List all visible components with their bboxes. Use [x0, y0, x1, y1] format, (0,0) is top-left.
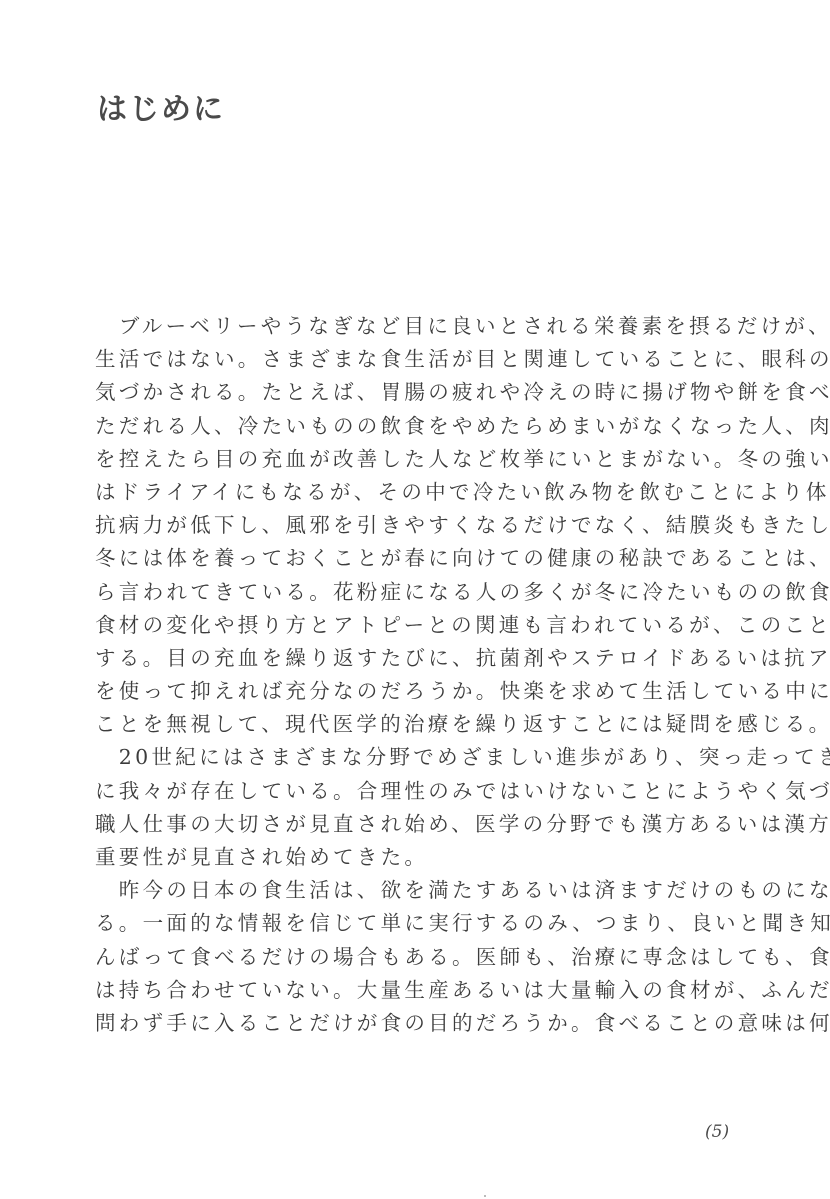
text-line: 生活ではない。さまざまな食生活が目と関連していることに、眼科の日常診療で: [95, 343, 755, 376]
page-title: はじめに: [97, 84, 225, 128]
text-line: は持ち合わせていない。大量生産あるいは大量輸入の食材が、ふんだんに季節を: [95, 974, 755, 1007]
text-line: 職人仕事の大切さが見直され始め、医学の分野でも漢方あるいは漢方的考え方の: [95, 808, 755, 841]
text-line: に我々が存在している。合理性のみではいけないことにようやく気づき始めて、: [95, 775, 755, 808]
text-line: を控えたら目の充血が改善した人など枚挙にいとまがない。冬の強い暖房の中で: [95, 443, 755, 476]
text-line: る。一面的な情報を信じて単に実行するのみ、つまり、良いと聞き知った物をが: [95, 907, 755, 940]
text-line: 重要性が見直され始めてきた。: [95, 841, 755, 874]
text-line: 問わず手に入ることだけが食の目的だろうか。食べることの意味は何だろうか。: [95, 1007, 755, 1040]
document-page: はじめに ブルーベリーやうなぎなど目に良いとされる栄養素を摂るだけが、目を守る食…: [0, 0, 830, 1199]
text-line: 冬には体を養っておくことが春に向けての健康の秘訣であることは、2000年前か: [95, 542, 755, 575]
text-line: 抗病力が低下し、風邪を引きやすくなるだけでなく、結膜炎もきたしやすくなる。: [95, 509, 755, 542]
text-line: ただれる人、冷たいものの飲食をやめたらめまいがなくなった人、肉食や辛い物: [95, 410, 755, 443]
text-line: 気づかされる。たとえば、胃腸の疲れや冷えの時に揚げ物や餅を食べすぎて目が: [95, 376, 755, 409]
text-line: ら言われてきている。花粉症になる人の多くが冬に冷たいものの飲食をしている。: [95, 576, 755, 609]
scan-speck: [484, 1195, 486, 1197]
text-line: 昨今の日本の食生活は、欲を満たすあるいは済ますだけのものになってきてい: [95, 874, 755, 907]
text-line: する。目の充血を繰り返すたびに、抗菌剤やステロイドあるいは抗アレルギー剤: [95, 642, 755, 675]
body-text: ブルーベリーやうなぎなど目に良いとされる栄養素を摂るだけが、目を守る食 生活では…: [95, 310, 755, 1040]
text-line: を使って抑えれば充分なのだろうか。快楽を求めて生活している中に病因がある: [95, 675, 755, 708]
text-line: 20世紀にはさまざまな分野でめざましい進歩があり、突っ走ってきたその先端: [95, 741, 755, 774]
text-line: ことを無視して、現代医学的治療を繰り返すことには疑問を感じる。: [95, 708, 755, 741]
text-line: はドライアイにもなるが、その中で冷たい飲み物を飲むことにより体を冷やすと、: [95, 476, 755, 509]
page-number: (5): [705, 1122, 729, 1142]
text-line: 食材の変化や摂り方とアトピーとの関連も言われているが、このことも目と関連: [95, 609, 755, 642]
text-line: んばって食べるだけの場合もある。医師も、治療に専念はしても、食養生の知識: [95, 941, 755, 974]
text-line: ブルーベリーやうなぎなど目に良いとされる栄養素を摂るだけが、目を守る食: [95, 310, 755, 343]
